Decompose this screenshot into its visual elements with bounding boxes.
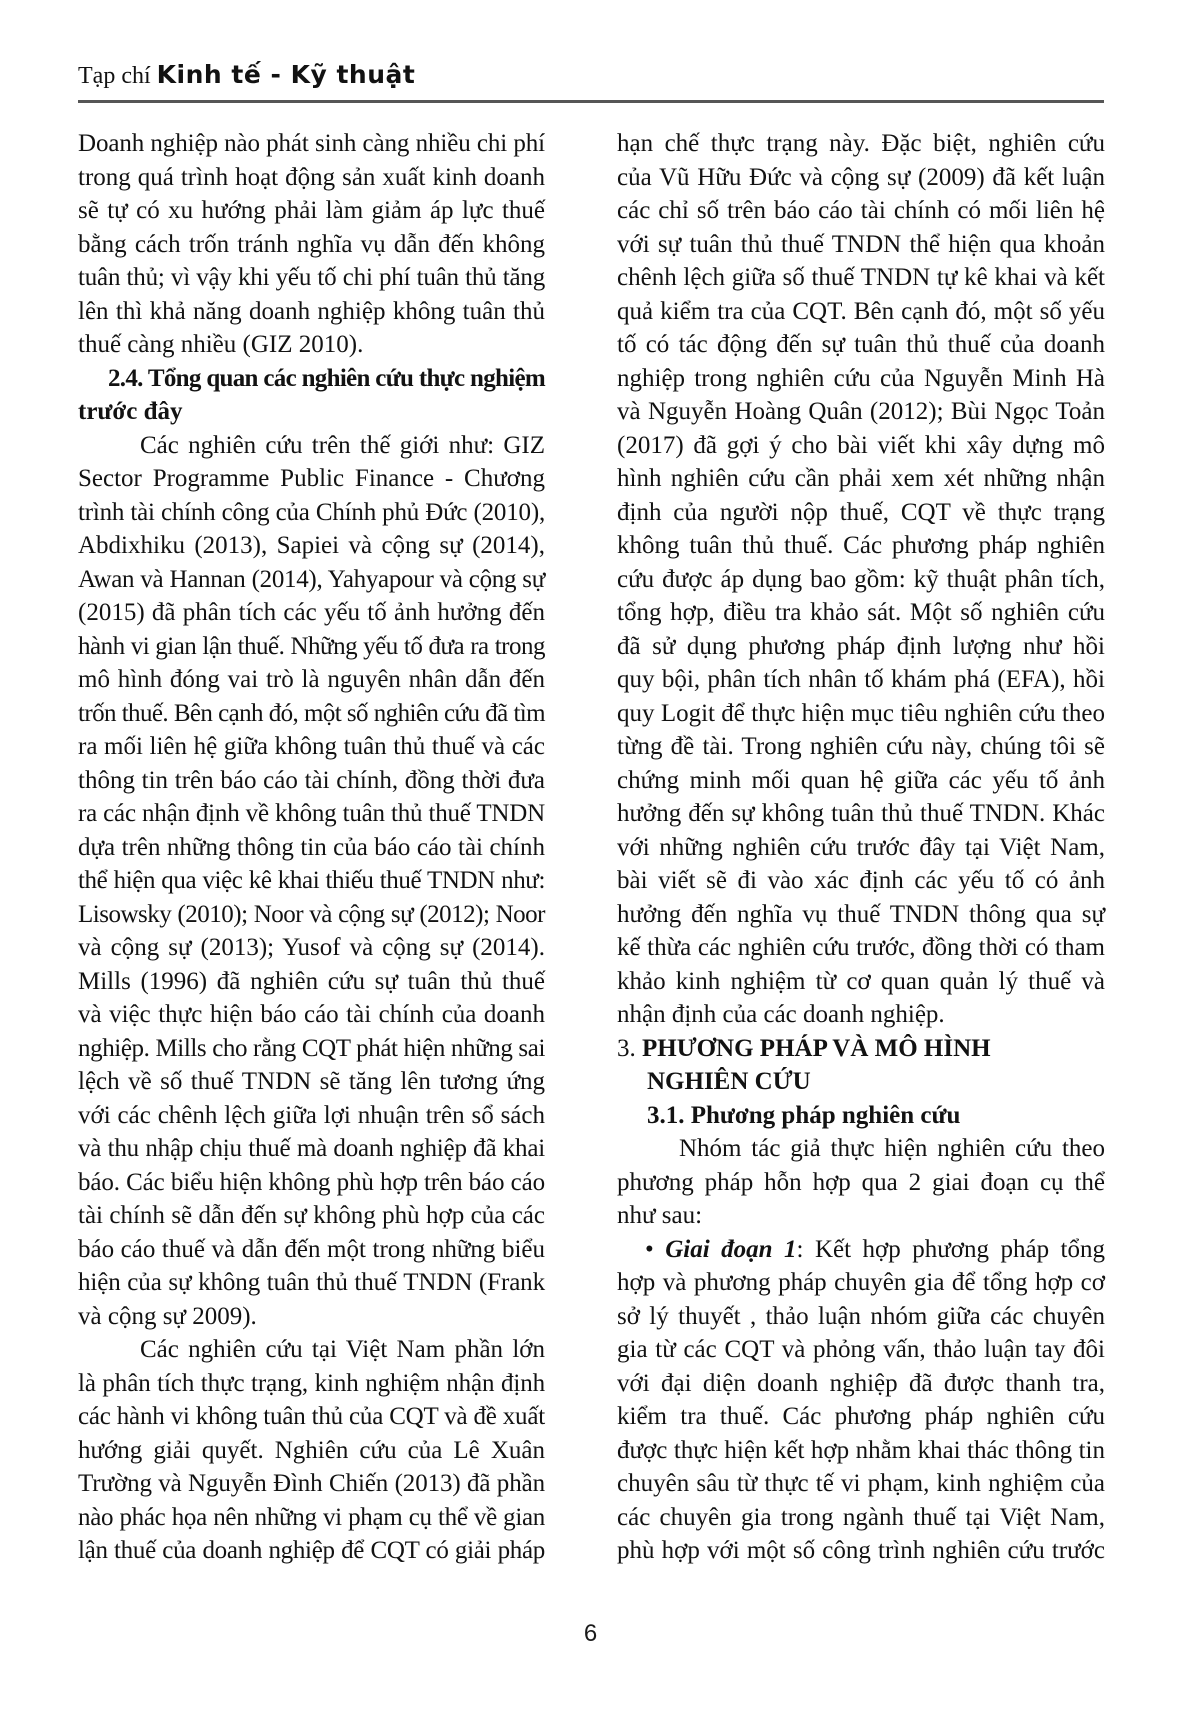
paragraph-line: quy bội, phân tích nhân tố khám phá (EFA… [617,663,1105,697]
paragraph-line: trốn thuế. Bên cạnh đó, một số nghiên cứ… [78,697,545,731]
paragraph-line: (2015) đã phân tích các yếu tố ảnh hưởng… [78,596,545,630]
journal-header: Tạp chí Kinh tế - Kỹ thuật [78,60,1104,103]
paragraph-line: báo cáo thuế và dẫn đến một trong những … [78,1233,545,1267]
paragraph-line: Abdixhiku (2013), Sapiei và cộng sự (201… [78,529,545,563]
paragraph-line: thông tin trên báo cáo tài chính, đồng t… [78,764,545,798]
bullet-paragraph-line: chuyên sâu từ thực tế vi phạm, kinh nghi… [617,1467,1105,1501]
paragraph-line: hưởng đến sự không tuân thủ thuế TNDN. K… [617,797,1105,831]
paragraph-line: như sau: [617,1199,1105,1233]
section-heading-line: trước đây [78,395,545,429]
paragraph-line: chứng minh mối quan hệ giữa các yếu tố ả… [617,764,1105,798]
paragraph-line: và cộng sự 2009). [78,1300,545,1334]
paragraph-line: hướng giải quyết. Nghiên cứu của Lê Xuân [78,1434,545,1468]
paragraph-line: Awan và Hannan (2014), Yahyapour và cộng… [78,563,545,597]
journal-title: Kinh tế - Kỹ thuật [157,60,416,89]
paragraph-line: định của người nộp thuế, CQT về thực trạ… [617,496,1105,530]
paragraph-line: Nhóm tác giả thực hiện nghiên cứu theo [617,1132,1105,1166]
paragraph-line: sẽ tự có xu hướng phải làm giảm áp lực t… [78,194,545,228]
text-segment: Giai đoạn 1 [665,1236,796,1263]
paragraph-line: của Vũ Hữu Đức và cộng sự (2009) đã kết … [617,161,1105,195]
paragraph-line: nghiệp trong nghiên cứu của Nguyễn Minh … [617,362,1105,396]
paragraph-line: chênh lệch giữa số thuế TNDN tự kê khai … [617,261,1105,295]
bullet-paragraph-line: • Giai đoạn 1: Kết hợp phương pháp tổng [617,1233,1105,1267]
paragraph-line: từng đề tài. Trong nghiên cứu này, chúng… [617,730,1105,764]
text-segment: NGHIÊN CỨU [647,1068,811,1095]
paragraph-line: nhận định của các doanh nghiệp. [617,998,1105,1032]
section-heading-line: 2.4. Tổng quan các nghiên cứu thực nghiệ… [78,362,545,396]
paragraph-line: các chỉ số trên báo cáo tài chính có mối… [617,194,1105,228]
paragraph-line: tố có tác động đến sự tuân thủ thuế của … [617,328,1105,362]
paragraph-line: đã sử dụng phương pháp định lượng như hồ… [617,630,1105,664]
paragraph-line: với sự tuân thủ thuế TNDN thể hiện qua k… [617,228,1105,262]
paragraph-line: và Nguyễn Hoàng Quân (2012); Bùi Ngọc To… [617,395,1105,429]
section-heading-line: NGHIÊN CỨU [617,1065,1105,1099]
paragraph-line: trong quá trình hoạt động sản xuất kinh … [78,161,545,195]
paragraph-line: và thu nhập chịu thuế mà doanh nghiệp đã… [78,1132,545,1166]
paragraph-line: không tuân thủ thuế. Các phương pháp ngh… [617,529,1105,563]
bullet-paragraph-line: gia từ các CQT và phỏng vấn, thảo luận t… [617,1333,1105,1367]
paragraph-line: thể hiện qua việc kê khai thiếu thuế TND… [78,864,545,898]
document-page: Tạp chí Kinh tế - Kỹ thuật Doanh nghiệp … [0,0,1181,1712]
paragraph-line: và việc thực hiện báo cáo tài chính của … [78,998,545,1032]
paragraph-line: là phân tích thực trạng, kinh nghiệm nhậ… [78,1367,545,1401]
paragraph-line: thuế càng nhiều (GIZ 2010). [78,328,545,362]
paragraph-line: nghiệp. Mills cho rằng CQT phát hiện nhữ… [78,1032,545,1066]
paragraph-line: và cộng sự (2013); Yusof và cộng sự (201… [78,931,545,965]
bullet-paragraph-line: các chuyên gia trong ngành thuế tại Việt… [617,1501,1105,1535]
paragraph-line: Lisowsky (2010); Noor và cộng sự (2012);… [78,898,545,932]
paragraph-line: trình tài chính công của Chính phủ Đức (… [78,496,545,530]
paragraph-line: quả kiểm tra của CQT. Bên cạnh đó, một s… [617,295,1105,329]
paragraph-line: Sector Programme Public Finance - Chương [78,462,545,496]
paragraph-line: lệch về số thuế TNDN sẽ tăng lên tương ứ… [78,1065,545,1099]
bullet-paragraph-line: phù hợp với một số công trình nghiên cứu… [617,1534,1105,1568]
paragraph-line: bài viết sẽ đi vào xác định các yếu tố c… [617,864,1105,898]
paragraph-line: tổng hợp, điều tra khảo sát. Một số nghi… [617,596,1105,630]
bullet-paragraph-line: hợp và phương pháp chuyên gia để tổng hợ… [617,1266,1105,1300]
paragraph-line: các hành vi không tuân thủ của CQT và đề… [78,1400,545,1434]
text-column-left: Doanh nghiệp nào phát sinh càng nhiều ch… [78,127,545,1568]
paragraph-line: báo. Các biểu hiện không phù hợp trên bá… [78,1166,545,1200]
text-column-right: hạn chế thực trạng này. Đặc biệt, nghiên… [617,127,1105,1568]
paragraph-line: hình nghiên cứu cần phải xem xét những n… [617,462,1105,496]
bullet-paragraph-line: được thực hiện kết hợp nhằm khai thác th… [617,1434,1105,1468]
subsection-heading-line: 3.1. Phương pháp nghiên cứu [617,1099,1105,1133]
text-segment: : Kết hợp phương pháp tổng [797,1236,1105,1263]
paragraph-line: mô hình đóng vai trò là nguyên nhân dẫn … [78,663,545,697]
paragraph-line: tài chính sẽ dẫn đến sự không phù hợp củ… [78,1199,545,1233]
bullet-paragraph-line: kiểm tra thuế. Các phương pháp nghiên cứ… [617,1400,1105,1434]
paragraph-line: nào phác họa nên những vi phạm cụ thể về… [78,1501,545,1535]
paragraph-line: Trường và Nguyễn Đình Chiến (2013) đã ph… [78,1467,545,1501]
paragraph-line: Mills (1996) đã nghiên cứu sự tuân thủ t… [78,965,545,999]
paragraph-line: Các nghiên cứu trên thế giới như: GIZ [78,429,545,463]
paragraph-line: kế thừa các nghiên cứu trước, đồng thời … [617,931,1105,965]
section-heading-line: 3. PHƯƠNG PHÁP VÀ MÔ HÌNH [617,1032,1105,1066]
paragraph-line: Các nghiên cứu tại Việt Nam phần lớn [78,1333,545,1367]
paragraph-line: ra các nhận định về không tuân thủ thuế … [78,797,545,831]
paragraph-line: hạn chế thực trạng này. Đặc biệt, nghiên… [617,127,1105,161]
page-number: 6 [0,1620,1181,1648]
paragraph-line: lên thì khả năng doanh nghiệp không tuân… [78,295,545,329]
paragraph-line: hưởng đến nghĩa vụ thuế TNDN thông qua s… [617,898,1105,932]
paragraph-line: lận thuế của doanh nghiệp để CQT có giải… [78,1534,545,1568]
text-segment: • [645,1236,665,1263]
text-segment: 3. [617,1035,642,1062]
bullet-paragraph-line: với đại diện doanh nghiệp đã được thanh … [617,1367,1105,1401]
paragraph-line: khảo kinh nghiệm từ cơ quan quản lý thuế… [617,965,1105,999]
paragraph-line: quy Logit để thực hiện mục tiêu nghiên c… [617,697,1105,731]
paragraph-line: với các chênh lệch giữa lợi nhuận trên s… [78,1099,545,1133]
paragraph-line: với những nghiên cứu trước đây tại Việt … [617,831,1105,865]
paragraph-line: dựa trên những thông tin của báo cáo tài… [78,831,545,865]
text-segment: PHƯƠNG PHÁP VÀ MÔ HÌNH [642,1035,991,1062]
journal-title-prefix: Tạp chí [78,63,157,89]
paragraph-line: hiện của sự không tuân thủ thuế TNDN (Fr… [78,1266,545,1300]
paragraph-line: Doanh nghiệp nào phát sinh càng nhiều ch… [78,127,545,161]
paragraph-line: ra mối liên hệ giữa không tuân thủ thuế … [78,730,545,764]
paragraph-line: hành vi gian lận thuế. Những yếu tố đưa … [78,630,545,664]
paragraph-line: cứu được áp dụng bao gồm: kỹ thuật phân … [617,563,1105,597]
paragraph-line: tuân thủ; vì vậy khi yếu tố chi phí tuân… [78,261,545,295]
paragraph-line: phương pháp hỗn hợp qua 2 giai đoạn cụ t… [617,1166,1105,1200]
paragraph-line: bằng cách trốn tránh nghĩa vụ dẫn đến kh… [78,228,545,262]
paragraph-line: (2017) đã gợi ý cho bài viết khi xây dựn… [617,429,1105,463]
bullet-paragraph-line: sở lý thuyết , thảo luận nhóm giữa các c… [617,1300,1105,1334]
